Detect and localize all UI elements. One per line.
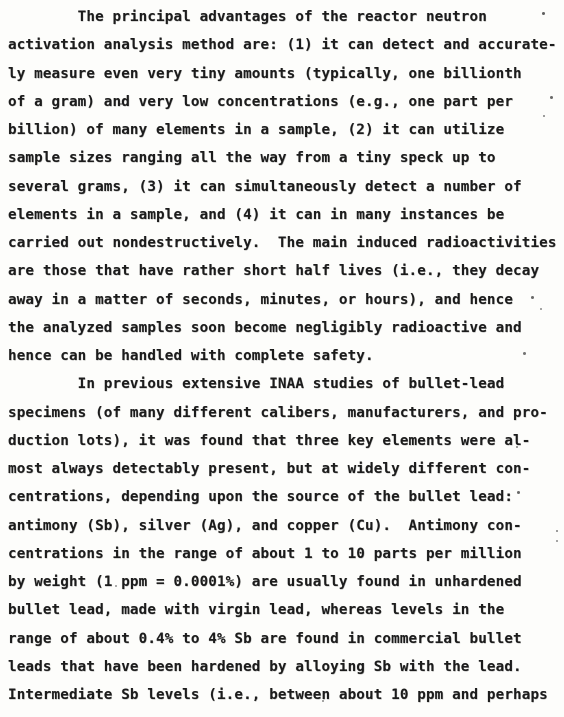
text-line: of a gram) and very low concentrations (… [8, 88, 562, 116]
text-line: ly measure even very tiny amounts (typic… [8, 60, 562, 88]
paragraph-1: The principal advantages of the reactor … [8, 3, 562, 370]
scan-speck [556, 540, 558, 542]
text-line: billion) of many elements in a sample, (… [8, 116, 562, 144]
paragraph-2: In previous extensive INAA studies of bu… [8, 370, 562, 709]
scanned-document-page: The principal advantages of the reactor … [0, 0, 564, 717]
scan-speck [322, 700, 324, 702]
text-line: are those that have rather short half li… [8, 257, 562, 285]
text-line: hence can be handled with complete safet… [8, 342, 562, 370]
text-line: range of about 0.4% to 4% Sb are found i… [8, 625, 562, 653]
scan-speck [516, 446, 518, 448]
scan-speck [517, 491, 520, 494]
text-line: antimony (Sb), silver (Ag), and copper (… [8, 512, 562, 540]
text-line: the analyzed samples soon become negligi… [8, 314, 562, 342]
scan-speck [502, 385, 504, 387]
scan-speck [540, 308, 542, 310]
scan-speck [556, 530, 558, 532]
text-line: duction lots), it was found that three k… [8, 427, 562, 455]
scan-speck [542, 12, 545, 15]
text-line: several grams, (3) it can simultaneously… [8, 173, 562, 201]
text-line: centrations in the range of about 1 to 1… [8, 540, 562, 568]
text-line: leads that have been hardened by alloyin… [8, 653, 562, 681]
text-line: specimens (of many different calibers, m… [8, 399, 562, 427]
text-line: away in a matter of seconds, minutes, or… [8, 286, 562, 314]
scan-speck [523, 352, 526, 355]
scan-speck [120, 103, 122, 105]
text-line: centrations, depending upon the source o… [8, 483, 562, 511]
text-line: sample sizes ranging all the way from a … [8, 144, 562, 172]
scan-speck [531, 296, 534, 299]
text-line: elements in a sample, and (4) it can in … [8, 201, 562, 229]
text-line: In previous extensive INAA studies of bu… [8, 370, 562, 398]
scan-speck [550, 96, 553, 99]
scan-speck [543, 115, 545, 117]
text-line: Intermediate Sb levels (i.e., between ab… [8, 681, 562, 709]
document-text: The principal advantages of the reactor … [8, 3, 562, 709]
scan-speck [115, 585, 117, 587]
text-line: The principal advantages of the reactor … [8, 3, 562, 31]
text-line: activation analysis method are: (1) it c… [8, 31, 562, 59]
text-line: carried out nondestructively. The main i… [8, 229, 562, 257]
text-line: most always detectably present, but at w… [8, 455, 562, 483]
text-line: by weight (1 ppm = 0.0001%) are usually … [8, 568, 562, 596]
text-line: bullet lead, made with virgin lead, wher… [8, 596, 562, 624]
